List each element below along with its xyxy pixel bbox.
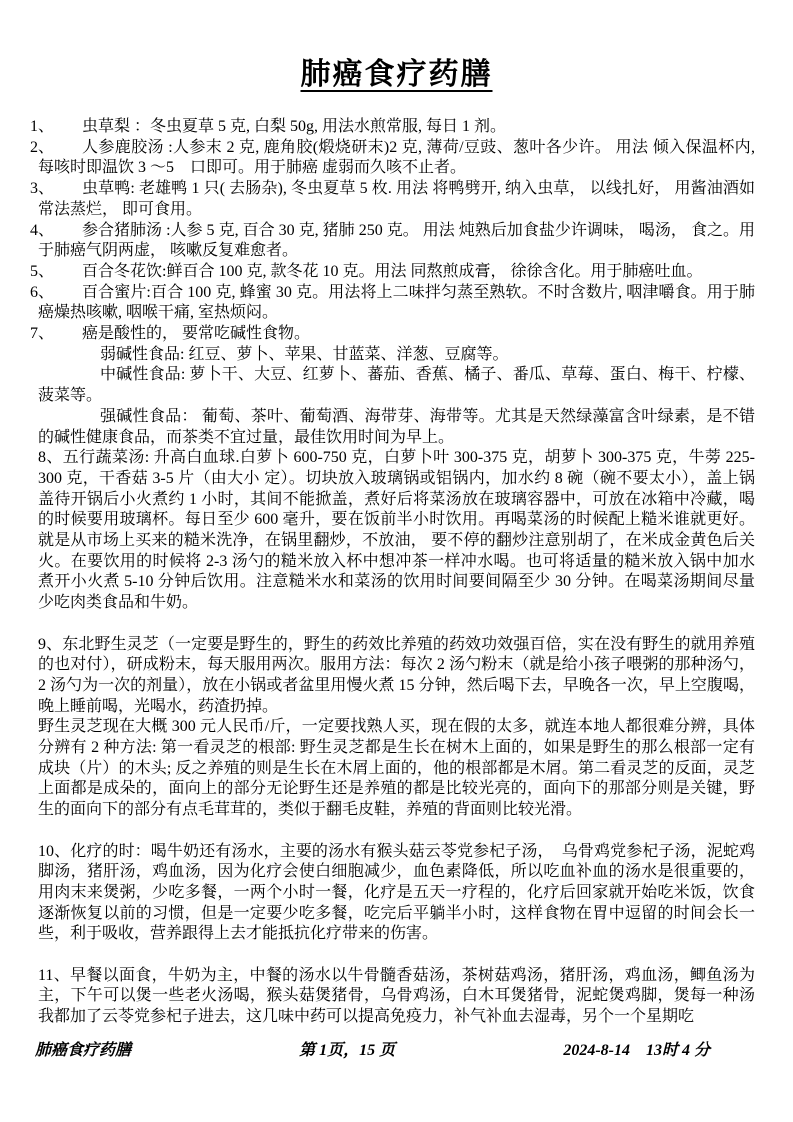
paragraph-spacer [38, 821, 755, 842]
footer-doc-title: 肺癌食疗药膳 [35, 1037, 131, 1060]
paragraph-spacer [38, 614, 755, 635]
list-item-1: 1、虫草梨 ：冬虫夏草 5 克, 白梨 50g, 用法水煎常服, 每日 1 剂。 [38, 117, 755, 138]
item-number: 3、 [30, 179, 54, 200]
paragraph-11-meal-plan: 11、早餐以面食，牛奶为主，中餐的汤水以牛骨髓香菇汤，茶树菇鸡汤，猪肝汤，鸡血汤… [38, 966, 755, 1028]
alkaline-medium-line: 中碱性食品: 萝卜干、大豆、红萝卜、蕃茄、香蕉、橘子、番瓜、草莓、蛋白、梅干、柠… [38, 365, 755, 406]
footer-page-number: 第 1页，15 页 [299, 1037, 395, 1060]
list-item-7: 7、癌是酸性的， 要常吃碱性食物。 [38, 324, 755, 345]
item-number: 5、 [30, 262, 54, 283]
item-number: 6、 [30, 283, 54, 304]
item-number: 1、 [30, 117, 54, 138]
footer-datetime: 2024-8-14 13时 4 分 [563, 1037, 710, 1060]
list-item-6: 6、百合蜜片:百合 100 克, 蜂蜜 30 克。用法将上二味拌匀蒸至熟软。不时… [38, 283, 755, 324]
item-text: 癌是酸性的， 要常吃碱性食物。 [82, 325, 310, 342]
list-item-2: 2、人参鹿胶汤 :人参末 2 克, 鹿角胶(煅烧研末)2 克, 薄荷/豆豉、葱叶… [38, 138, 755, 179]
item-text: 百合冬花饮:鲜百合 100 克, 款冬花 10 克。用法 同熬煎成膏， 徐徐含化… [82, 263, 702, 280]
list-item-3: 3、虫草鸭: 老雄鸭 1 只( 去肠杂), 冬虫夏草 5 枚. 用法 将鸭劈开,… [38, 179, 755, 220]
item-number: 2、 [30, 138, 54, 159]
paragraph-9-lingzhi-usage: 9、东北野生灵芝（一定要是野生的，野生的药效比养殖的药效功效强百倍，实在没有野生… [38, 635, 755, 718]
item-text: 百合蜜片:百合 100 克, 蜂蜜 30 克。用法将上二味拌匀蒸至熟软。不时含数… [38, 284, 755, 322]
alkaline-weak-line: 弱碱性食品: 红豆、萝卜、苹果、甘蓝菜、洋葱、豆腐等。 [38, 345, 755, 366]
list-item-4: 4、参合猪肺汤 :人参 5 克, 百合 30 克, 猪肺 250 克。 用法 炖… [38, 221, 755, 262]
item-number: 4、 [30, 221, 54, 242]
paragraph-9-lingzhi-identify: 野生灵芝现在大概 300 元人民币/斤，一定要找熟人买，现在假的太多，就连本地人… [38, 717, 755, 821]
paragraph-8-vegetable-soup: 8、五行蔬菜汤: 升高白血球.白萝卜 600-750 克，白萝卜叶 300-37… [38, 448, 755, 614]
document-body: 肺癌食疗药膳 1、虫草梨 ：冬虫夏草 5 克, 白梨 50g, 用法水煎常服, … [38, 52, 755, 1028]
page-footer: 肺癌食疗药膳 第 1页，15 页 2024-8-14 13时 4 分 [0, 1037, 793, 1060]
item-number: 7、 [30, 324, 54, 345]
alkaline-strong-line: 强碱性食品： 葡萄、茶叶、葡萄酒、海带芽、海带等。尤其是天然绿藻富含叶绿素，是不… [38, 407, 755, 448]
title-block: 肺癌食疗药膳 [38, 52, 755, 103]
list-item-5: 5、百合冬花饮:鲜百合 100 克, 款冬花 10 克。用法 同熬煎成膏， 徐徐… [38, 262, 755, 283]
item-text: 人参鹿胶汤 :人参末 2 克, 鹿角胶(煅烧研末)2 克, 薄荷/豆豉、葱叶各少… [38, 139, 755, 177]
item-text: 虫草梨 ：冬虫夏草 5 克, 白梨 50g, 用法水煎常服, 每日 1 剂。 [82, 118, 506, 135]
item-text: 参合猪肺汤 :人参 5 克, 百合 30 克, 猪肺 250 克。 用法 炖熟后… [38, 222, 755, 260]
document-page: 肺癌食疗药膳 1、虫草梨 ：冬虫夏草 5 克, 白梨 50g, 用法水煎常服, … [0, 0, 793, 1122]
page-title: 肺癌食疗药膳 [301, 58, 493, 91]
item-text: 虫草鸭: 老雄鸭 1 只( 去肠杂), 冬虫夏草 5 枚. 用法 将鸭劈开, 纳… [38, 180, 755, 218]
paragraph-10-chemo-diet: 10、化疗的时：喝牛奶还有汤水，主要的汤水有猴头菇云苓党参杞子汤， 乌骨鸡党参杞… [38, 842, 755, 946]
paragraph-spacer [38, 945, 755, 966]
